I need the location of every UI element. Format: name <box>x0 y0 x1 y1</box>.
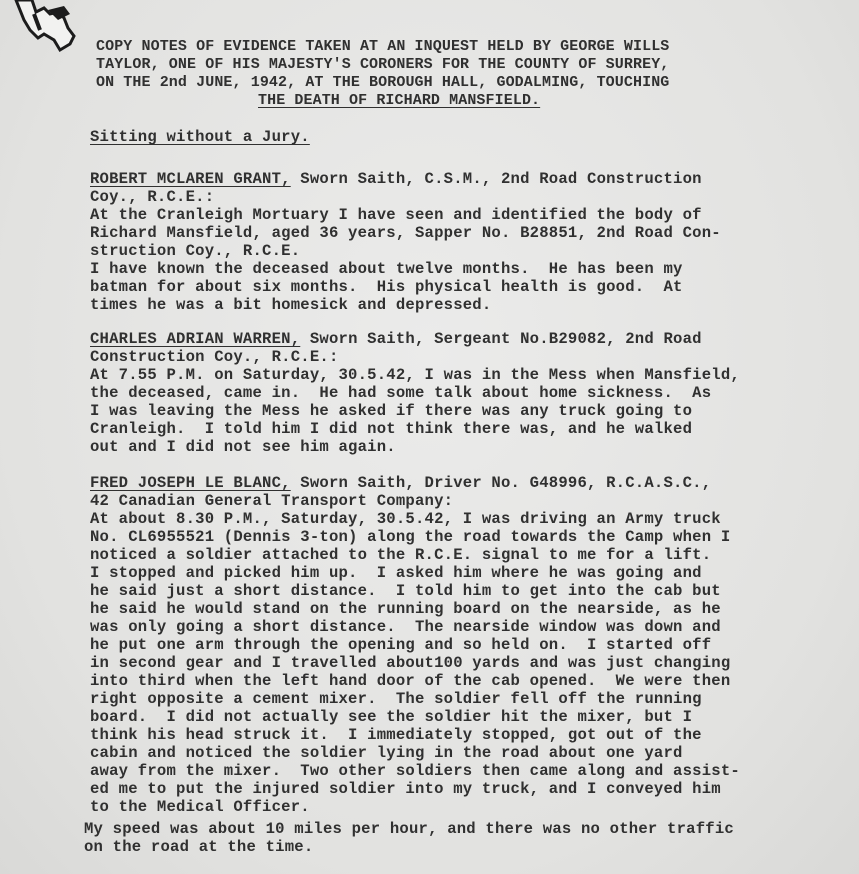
text-line: I have known the deceased about twelve m… <box>90 260 683 278</box>
text-line: into third when the left hand door of th… <box>90 672 730 690</box>
witness-name: ROBERT MCLAREN GRANT, <box>90 170 291 188</box>
header-line-2: TAYLOR, ONE OF HIS MAJESTY'S CORONERS FO… <box>96 56 669 74</box>
text-line: No. CL6955521 (Dennis 3-ton) along the r… <box>90 528 730 546</box>
text-line: struction Coy., R.C.E. <box>90 242 300 260</box>
text-line: Coy., R.C.E.: <box>90 188 214 206</box>
text-line: times he was a bit homesick and depresse… <box>90 296 491 314</box>
text-line: At about 8.30 P.M., Saturday, 30.5.42, I… <box>90 510 721 528</box>
witness-3-heading: FRED JOSEPH LE BLANC, Sworn Saith, Drive… <box>90 474 711 492</box>
text-line: was only going a short distance. The nea… <box>90 618 721 636</box>
text-line: board. I did not actually see the soldie… <box>90 708 692 726</box>
text-line: he put one arm through the opening and s… <box>90 636 711 654</box>
text-line: he said he would stand on the running bo… <box>90 600 721 618</box>
text-line: cabin and noticed the soldier lying in t… <box>90 744 683 762</box>
text-line: I stopped and picked him up. I asked him… <box>90 564 702 582</box>
header-line-1: COPY NOTES OF EVIDENCE TAKEN AT AN INQUE… <box>96 38 669 56</box>
text-line: At the Cranleigh Mortuary I have seen an… <box>90 206 702 224</box>
text-line: 42 Canadian General Transport Company: <box>90 492 453 510</box>
torn-corner-icon <box>14 0 84 55</box>
witness-2-heading: CHARLES ADRIAN WARREN, Sworn Saith, Serg… <box>90 330 702 348</box>
witness-oath: Sworn Saith, C.S.M., 2nd Road Constructi… <box>291 170 702 188</box>
text-line: noticed a soldier attached to the R.C.E.… <box>90 546 711 564</box>
text-line: out and I did not see him again. <box>90 438 396 456</box>
text-line: he said just a short distance. I told hi… <box>90 582 721 600</box>
text-line: right opposite a cement mixer. The soldi… <box>90 690 702 708</box>
text-line: on the road at the time. <box>84 838 313 856</box>
text-line: to the Medical Officer. <box>90 798 310 816</box>
text-line: ed me to put the injured soldier into my… <box>90 780 721 798</box>
text-line: I was leaving the Mess he asked if there… <box>90 402 692 420</box>
text-line: Construction Coy., R.C.E.: <box>90 348 339 366</box>
text-line: away from the mixer. Two other soldiers … <box>90 762 740 780</box>
header-line-3: ON THE 2nd JUNE, 1942, AT THE BOROUGH HA… <box>96 74 669 92</box>
text-line: the deceased, came in. He had some talk … <box>90 384 711 402</box>
text-line: Richard Mansfield, aged 36 years, Sapper… <box>90 224 721 242</box>
text-line: Cranleigh. I told him I did not think th… <box>90 420 692 438</box>
inquest-subject: THE DEATH OF RICHARD MANSFIELD. <box>258 92 540 110</box>
sitting-note: Sitting without a Jury. <box>90 128 310 146</box>
witness-oath: Sworn Saith, Driver No. G48996, R.C.A.S.… <box>291 474 712 492</box>
witness-oath: Sworn Saith, Sergeant No.B29082, 2nd Roa… <box>300 330 701 348</box>
text-line: batman for about six months. His physica… <box>90 278 683 296</box>
text-line: in second gear and I travelled about100 … <box>90 654 730 672</box>
witness-name: CHARLES ADRIAN WARREN, <box>90 330 300 348</box>
witness-1-heading: ROBERT MCLAREN GRANT, Sworn Saith, C.S.M… <box>90 170 702 188</box>
text-line: My speed was about 10 miles per hour, an… <box>84 820 734 838</box>
witness-name: FRED JOSEPH LE BLANC, <box>90 474 291 492</box>
text-line: At 7.55 P.M. on Saturday, 30.5.42, I was… <box>90 366 740 384</box>
text-line: think his head struck it. I immediately … <box>90 726 702 744</box>
